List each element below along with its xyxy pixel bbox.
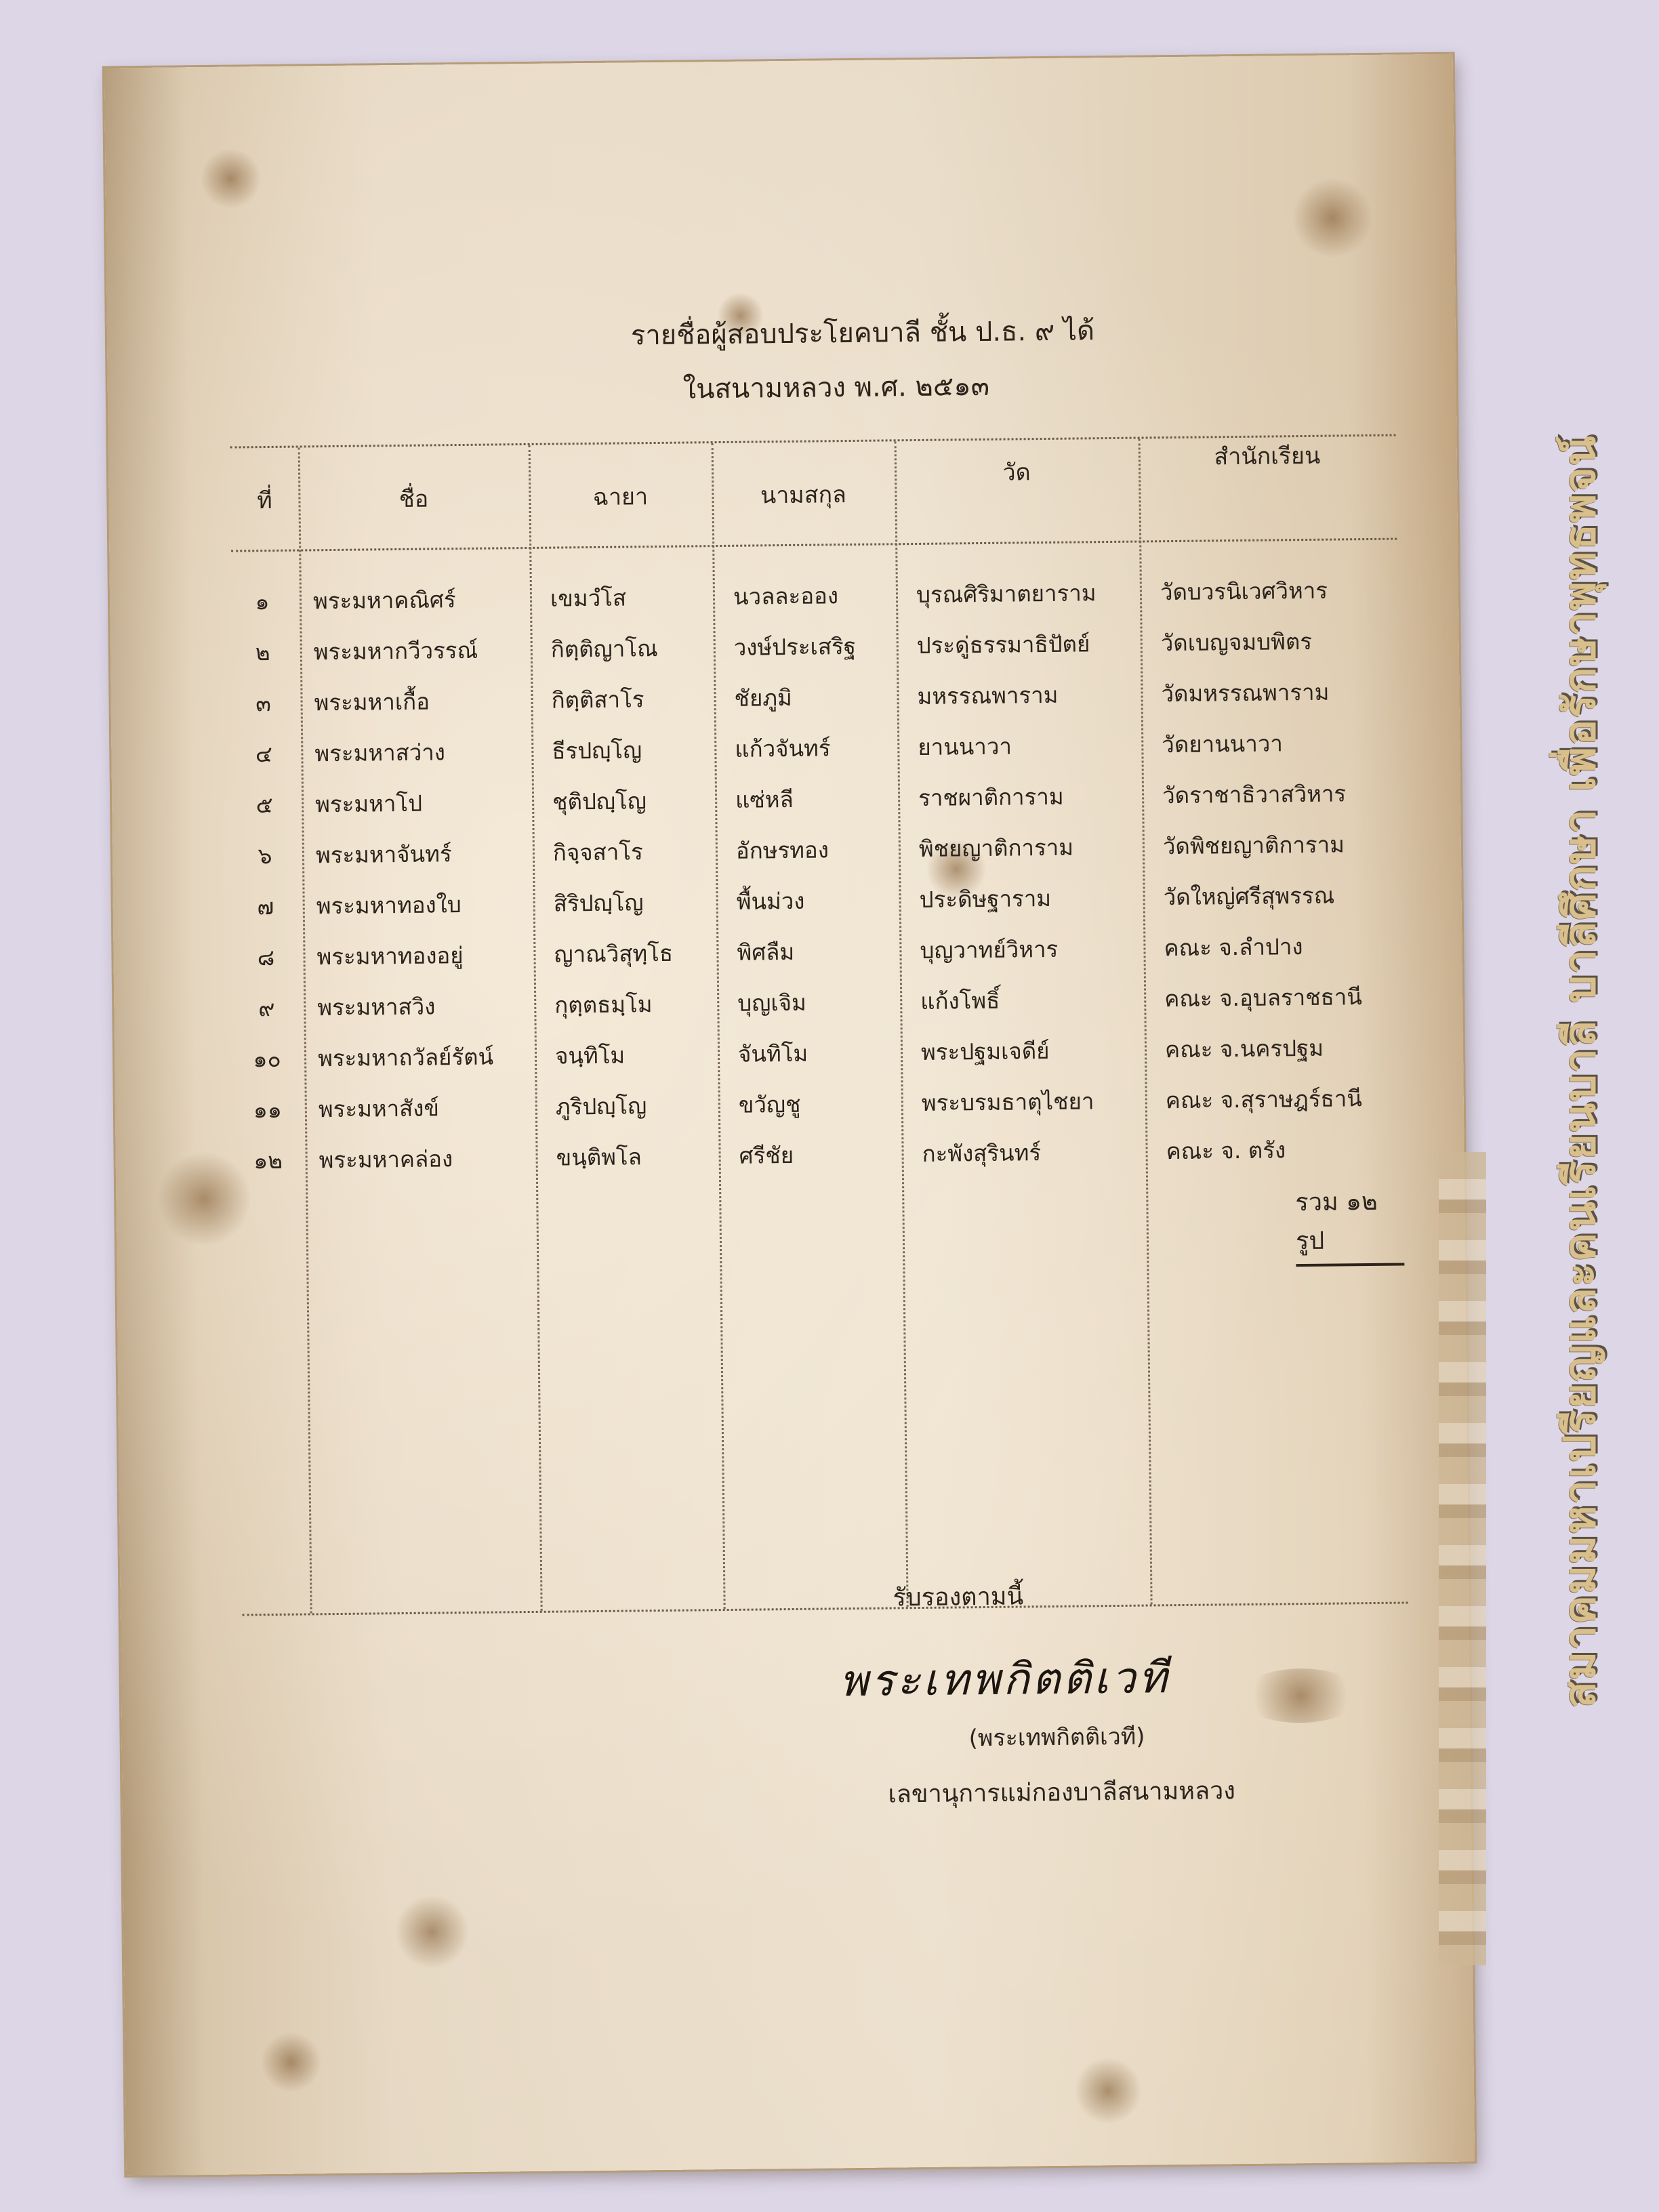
school: คณะ จ.สุราษฎร์ธานี xyxy=(1166,1080,1363,1118)
chaya: ขนฺติพโล xyxy=(556,1139,642,1175)
wat: บุญวาทย์วิหาร xyxy=(920,931,1058,968)
row-number: ๒ xyxy=(232,634,294,671)
monk-name: พระมหาคล่อง xyxy=(319,1141,453,1178)
surname: พื้นม่วง xyxy=(736,883,804,920)
wat: กะพังสุรินทร์ xyxy=(922,1134,1041,1172)
monk-name: พระมหาทองใบ xyxy=(316,886,462,924)
surname: ขวัญชู xyxy=(739,1086,801,1123)
chaya: สิริปญฺโญ xyxy=(553,884,643,921)
total-count: รวม ๑๒ รูป xyxy=(1295,1182,1404,1267)
school: คณะ จ.อุบลราชธานี xyxy=(1164,979,1362,1017)
monk-name: พระมหาเกื้อ xyxy=(314,684,430,721)
row-number: ๗ xyxy=(234,888,296,925)
header-divider xyxy=(231,538,1397,552)
surname: นวลละออง xyxy=(733,577,839,615)
results-table: ที่ ชื่อ ฉายา นามสกุล วัด สำนักเรียน ๑ พ… xyxy=(230,434,1408,1616)
row-number: ๔ xyxy=(233,736,295,773)
monk-name: พระมหาสังข์ xyxy=(319,1090,440,1127)
chaya: ญาณวิสุทฺโธ xyxy=(554,935,673,972)
stain xyxy=(1240,1668,1362,1723)
school: วัดราชาธิวาสวิหาร xyxy=(1162,775,1347,813)
surname: บุญเจิม xyxy=(737,985,806,1021)
stain xyxy=(1292,177,1374,259)
wat: ยานนาวา xyxy=(918,729,1012,765)
wat: พิชยญาติการาม xyxy=(919,829,1074,867)
surname: พิศลืม xyxy=(737,934,794,970)
chaya: ภูริปญฺโญ xyxy=(556,1088,647,1124)
monk-name: พระมหาคณิศร์ xyxy=(313,581,456,619)
document-title: รายชื่อผู้สอบประโยคบาลี ชั้น ป.ธ. ๙ ได้ xyxy=(107,304,1538,362)
surname: แซ่หลี xyxy=(735,781,794,818)
header-school: สำนักเรียน xyxy=(1139,436,1397,476)
monk-name: พระมหาโป xyxy=(315,785,422,823)
document-subtitle: ในสนามหลวง พ.ศ. ๒๕๑๓ xyxy=(107,359,1511,417)
monk-name: พระมหากวีวรรณ์ xyxy=(314,632,478,670)
wat: พระบรมธาตุไชยา xyxy=(922,1083,1094,1121)
stain xyxy=(394,1894,470,1969)
school: คณะ จ.นครปฐม xyxy=(1165,1030,1324,1067)
school: วัดใหญ่ศรีสุพรรณ xyxy=(1163,878,1334,916)
surname: แก้วจันทร์ xyxy=(735,730,831,766)
row-number: ๑๑ xyxy=(237,1092,299,1128)
chaya: กิตฺติสาโร xyxy=(551,681,644,718)
row-number: ๑๒ xyxy=(237,1143,299,1179)
surname: วงษ์ประเสริฐ xyxy=(733,628,856,665)
header-chaya: ฉายา xyxy=(529,477,712,516)
signer-title: เลขานุการแม่กองบาลีสนามหลวง xyxy=(888,1771,1235,1813)
wat: ประดู่ธรรมาธิปัตย์ xyxy=(916,626,1090,663)
surname: ชัยภูมิ xyxy=(734,680,792,716)
monk-name: พระมหาถวัลย์รัตน์ xyxy=(318,1039,494,1077)
monk-name: พระมหาทองอยู่ xyxy=(316,937,464,975)
wat: พระปฐมเจดีย์ xyxy=(921,1033,1050,1070)
row-number: ๓ xyxy=(232,685,294,722)
row-number: ๕ xyxy=(234,787,295,823)
wat: ราชผาติการาม xyxy=(918,779,1064,816)
surname: อักษรทอง xyxy=(736,832,829,868)
school: วัดมหรรณพาราม xyxy=(1161,674,1329,712)
chaya: กิจฺจสาโร xyxy=(553,834,643,870)
header-no: ที่ xyxy=(230,482,299,519)
signer-name: (พระเทพกิตติเวที) xyxy=(968,1718,1145,1757)
school: คณะ จ.ลำปาง xyxy=(1164,928,1303,966)
school: วัดยานนาวา xyxy=(1162,725,1283,762)
surname: ศรีชัย xyxy=(739,1137,794,1174)
wat: มหรรณพาราม xyxy=(917,677,1058,714)
header-name: ชื่อ xyxy=(298,479,529,518)
row-number: ๙ xyxy=(236,990,298,1027)
school: วัดบวรนิเวศวิหาร xyxy=(1160,573,1328,611)
row-number: ๑๐ xyxy=(237,1041,298,1078)
signature: พระเทพกิตติเวที xyxy=(839,1643,1170,1715)
row-number: ๖ xyxy=(234,838,296,874)
stain xyxy=(260,2031,322,2093)
watermark: สมาคมมหาเปรียญและคนเรียนบาลี บาลีศึกษา เ… xyxy=(1545,434,1614,1708)
wat: แก้งโพธิ์ xyxy=(920,983,1000,1019)
monk-name: พระมหาสวิง xyxy=(317,988,436,1025)
header-wat: วัด xyxy=(895,453,1139,492)
surname: จันทิโม xyxy=(738,1036,808,1072)
chaya: ชุติปญฺโญ xyxy=(552,783,647,819)
monk-name: พระมหาจันทร์ xyxy=(316,836,452,873)
chaya: เขมวํโส xyxy=(550,579,627,616)
chaya: จนฺทิโม xyxy=(555,1038,626,1074)
chaya: กุตฺตธมฺโม xyxy=(554,986,653,1023)
school: วัดพิชยญาติการาม xyxy=(1163,826,1345,864)
wat: ประดิษฐาราม xyxy=(919,880,1051,918)
row-number: ๑ xyxy=(232,583,293,620)
school: คณะ จ. ตรัง xyxy=(1166,1132,1286,1169)
stain xyxy=(200,148,262,209)
torn-page-edge xyxy=(1439,1152,1486,1965)
chaya: กิตฺติญาโณ xyxy=(551,630,658,668)
document-page: รายชื่อผู้สอบประโยคบาลี ชั้น ป.ธ. ๙ ได้ … xyxy=(104,54,1475,2176)
certification-label: รับรองตามนี้ xyxy=(893,1576,1023,1616)
header-surname: นามสกุล xyxy=(712,475,895,514)
stain xyxy=(1074,2057,1143,2125)
school: วัดเบญจมบพิตร xyxy=(1160,623,1312,661)
chaya: ธีรปญฺโญ xyxy=(552,732,642,769)
monk-name: พระมหาสว่าง xyxy=(314,734,445,771)
row-number: ๘ xyxy=(235,939,297,976)
wat: บุรณศิริมาตยาราม xyxy=(916,575,1097,613)
